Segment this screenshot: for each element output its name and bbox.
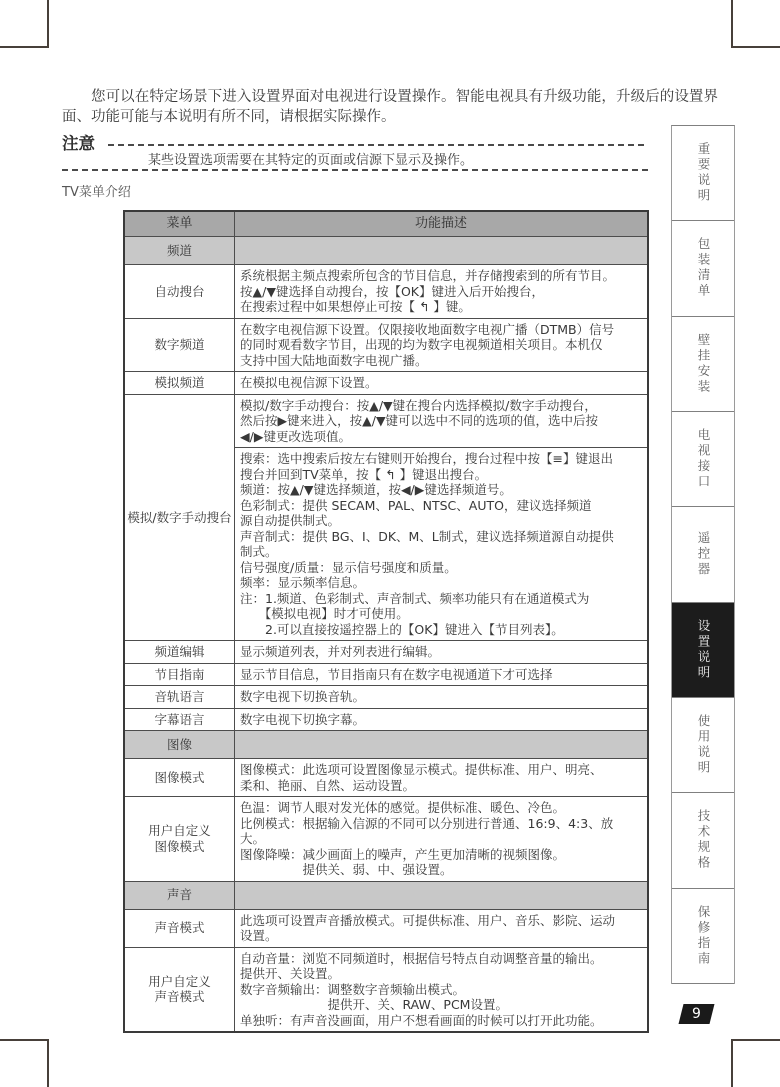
description-cell: 图像模式：此选项可设置图像显示模式。提供标准、用户、明亮、 柔和、艳丽、自然、运…: [235, 759, 649, 797]
section-row: 频道: [124, 237, 648, 265]
sidebar-tabs: 重要说明包装清单壁挂安装电视接口遥控器设置说明使用说明技术规格保修指南: [671, 125, 735, 984]
menu-cell: 模拟/数字手动搜台: [124, 394, 235, 641]
table-row: 用户自定义 图像模式色温：调节人眼对发光体的感觉。提供标准、暖色、冷色。 比例模…: [124, 797, 648, 882]
menu-cell: 用户自定义 声音模式: [124, 947, 235, 1032]
menu-column-header: 菜单: [124, 211, 235, 237]
description-cell: 系统根据主频点搜索所包含的节目信息，并存储搜索到的所有节目。 按▲/▼键选择自动…: [235, 265, 649, 319]
manual-page: 您可以在特定场景下进入设置界面对电视进行设置操作。智能电视具有升级功能，升级后的…: [0, 0, 780, 1087]
notice-dashed-line-bottom: [62, 169, 648, 171]
tv-menu-table-body: 频道自动搜台系统根据主频点搜索所包含的节目信息，并存储搜索到的所有节目。 按▲/…: [124, 237, 648, 1033]
table-row: 模拟频道在模拟电视信源下设置。: [124, 372, 648, 395]
menu-cell: 自动搜台: [124, 265, 235, 319]
table-row: 声音模式此选项可设置声音播放模式。可提供标准、用户、音乐、影院、运动 设置。: [124, 909, 648, 947]
tv-menu-table: 菜单 功能描述 频道自动搜台系统根据主频点搜索所包含的节目信息，并存储搜索到的所…: [123, 210, 649, 1033]
description-cell: [235, 731, 649, 759]
table-caption: TV菜单介绍: [62, 181, 131, 200]
sidebar-tab-8[interactable]: 保修指南: [672, 889, 734, 984]
menu-cell: 数字频道: [124, 318, 235, 372]
description-cell: 显示节目信息，节目指南只有在数字电视通道下才可选择: [235, 663, 649, 686]
description-cell: [235, 881, 649, 909]
sidebar-tab-1[interactable]: 包装清单: [672, 221, 734, 316]
description-part: 搜索：选中搜索后按左右键则开始搜台，搜台过程中按【≡】键退出 搜台并回到TV菜单…: [235, 447, 647, 640]
table-header-row: 菜单 功能描述: [124, 211, 648, 237]
sidebar-tab-5[interactable]: 设置说明: [672, 603, 734, 698]
table-row: 节目指南显示节目信息，节目指南只有在数字电视通道下才可选择: [124, 663, 648, 686]
description-cell: 自动音量：浏览不同频道时，根据信号特点自动调整音量的输出。 提供开、关设置。 数…: [235, 947, 649, 1032]
description-cell: 数字电视下切换字幕。: [235, 708, 649, 731]
page-number-badge: 9: [679, 1004, 715, 1024]
description-cell: 模拟/数字手动搜台：按▲/▼键在搜台内选择模拟/数字手动搜台， 然后按▶键来进入…: [235, 394, 649, 641]
sidebar-tab-7[interactable]: 技术规格: [672, 793, 734, 888]
intro-paragraph: 您可以在特定场景下进入设置界面对电视进行设置操作。智能电视具有升级功能，升级后的…: [62, 87, 718, 127]
table-row: 频道编辑显示频道列表，并对列表进行编辑。: [124, 641, 648, 664]
crop-mark-top-left: [0, 0, 49, 48]
description-cell: 显示频道列表，并对列表进行编辑。: [235, 641, 649, 664]
crop-mark-top-right: [731, 0, 780, 48]
crop-mark-bottom-right: [731, 1039, 780, 1087]
description-cell: 数字电视下切换音轨。: [235, 686, 649, 709]
description-cell: 在模拟电视信源下设置。: [235, 372, 649, 395]
description-cell: [235, 237, 649, 265]
sidebar-tab-6[interactable]: 使用说明: [672, 698, 734, 793]
menu-cell: 模拟频道: [124, 372, 235, 395]
table-row: 模拟/数字手动搜台模拟/数字手动搜台：按▲/▼键在搜台内选择模拟/数字手动搜台，…: [124, 394, 648, 641]
menu-cell: 图像: [124, 731, 235, 759]
description-cell: 色温：调节人眼对发光体的感觉。提供标准、暖色、冷色。 比例模式：根据输入信源的不…: [235, 797, 649, 882]
sidebar-tab-3[interactable]: 电视接口: [672, 412, 734, 507]
description-column-header: 功能描述: [235, 211, 649, 237]
sidebar-tab-2[interactable]: 壁挂安装: [672, 317, 734, 412]
page-number: 9: [692, 1006, 701, 1022]
table-row: 音轨语言数字电视下切换音轨。: [124, 686, 648, 709]
table-row: 字幕语言数字电视下切换字幕。: [124, 708, 648, 731]
menu-cell: 声音模式: [124, 909, 235, 947]
crop-mark-bottom-left: [0, 1039, 49, 1087]
description-cell: 在数字电视信源下设置。仅限接收地面数字电视广播（DTMB）信号 的同时观看数字节…: [235, 318, 649, 372]
menu-cell: 声音: [124, 881, 235, 909]
menu-cell: 节目指南: [124, 663, 235, 686]
table-row: 数字频道在数字电视信源下设置。仅限接收地面数字电视广播（DTMB）信号 的同时观…: [124, 318, 648, 372]
description-part: 模拟/数字手动搜台：按▲/▼键在搜台内选择模拟/数字手动搜台， 然后按▶键来进入…: [235, 395, 647, 448]
notice-dashed-line-top: [108, 144, 648, 146]
menu-cell: 频道: [124, 237, 235, 265]
menu-cell: 音轨语言: [124, 686, 235, 709]
section-row: 声音: [124, 881, 648, 909]
table-row: 用户自定义 声音模式自动音量：浏览不同频道时，根据信号特点自动调整音量的输出。 …: [124, 947, 648, 1032]
sidebar-tab-0[interactable]: 重要说明: [672, 126, 734, 221]
table-row: 自动搜台系统根据主频点搜索所包含的节目信息，并存储搜索到的所有节目。 按▲/▼键…: [124, 265, 648, 319]
sidebar-tab-4[interactable]: 遥控器: [672, 507, 734, 602]
description-cell: 此选项可设置声音播放模式。可提供标准、用户、音乐、影院、运动 设置。: [235, 909, 649, 947]
menu-cell: 图像模式: [124, 759, 235, 797]
table-row: 图像模式图像模式：此选项可设置图像显示模式。提供标准、用户、明亮、 柔和、艳丽、…: [124, 759, 648, 797]
notice-title: 注意: [62, 130, 95, 154]
menu-cell: 用户自定义 图像模式: [124, 797, 235, 882]
menu-cell: 频道编辑: [124, 641, 235, 664]
notice-body: 某些设置选项需要在其特定的页面或信源下显示及操作。: [148, 149, 473, 168]
section-row: 图像: [124, 731, 648, 759]
menu-cell: 字幕语言: [124, 708, 235, 731]
